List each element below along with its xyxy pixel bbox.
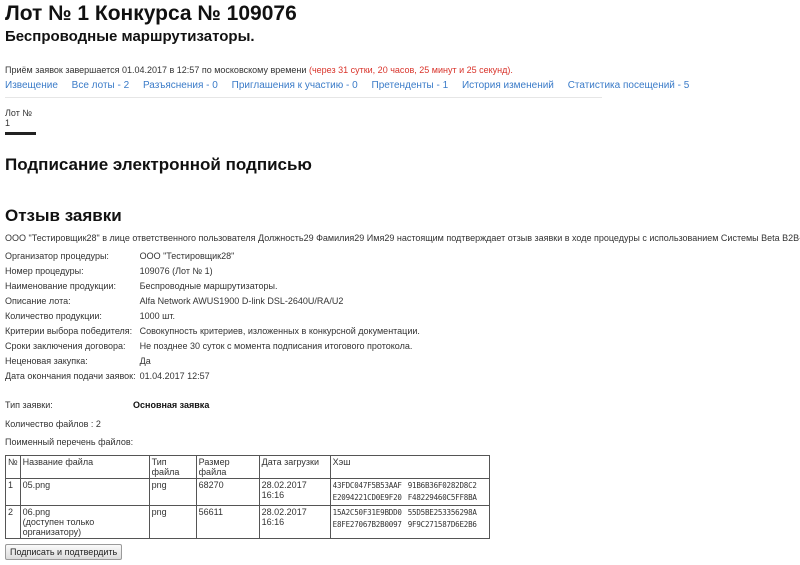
- info-value: Alfa Network AWUS1900 D-link DSL-2640U/R…: [138, 295, 422, 310]
- tab-visit-statistics[interactable]: Статистика посещений - 5: [568, 80, 690, 91]
- hash-part: 55D5BE253356298A: [408, 507, 477, 519]
- deadline-text: Приём заявок завершается 01.04.2017 в 12…: [5, 65, 306, 75]
- col-file-size: Размер файла: [196, 456, 259, 479]
- deadline-notice: Приём заявок завершается 01.04.2017 в 12…: [5, 65, 513, 75]
- tab-clarifications[interactable]: Разъяснения - 0: [143, 80, 218, 91]
- file-size: 56611: [196, 506, 259, 539]
- info-row: Сроки заключения договора:Не позднее 30 …: [3, 340, 422, 355]
- files-list-label: Поименный перечень файлов:: [5, 437, 133, 447]
- file-row: 206.png(доступен только организатору)png…: [6, 506, 490, 539]
- col-file-name: Название файла: [20, 456, 149, 479]
- info-label: Неценовая закупка:: [3, 355, 138, 370]
- info-row: Количество продукции:1000 шт.: [3, 310, 422, 325]
- info-value: 109076 (Лот № 1): [138, 265, 422, 280]
- file-upload-date: 28.02.2017 16:16: [259, 506, 330, 539]
- request-type-label: Тип заявки:: [5, 400, 53, 410]
- tab-all-lots[interactable]: Все лоты - 2: [72, 80, 130, 91]
- info-label: Дата окончания подачи заявок:: [3, 370, 138, 385]
- files-count: Количество файлов : 2: [5, 419, 101, 429]
- col-file-type: Тип файла: [149, 456, 196, 479]
- file-name-cell: 05.png: [20, 479, 149, 506]
- file-number: 2: [6, 506, 21, 539]
- files-table-header: № Название файла Тип файла Размер файла …: [6, 456, 490, 479]
- info-row: Наименование продукции:Беспроводные марш…: [3, 280, 422, 295]
- request-type: Тип заявки: Основная заявка: [5, 400, 53, 410]
- procedure-tabs: Извещение Все лоты - 2 Разъяснения - 0 П…: [5, 80, 602, 98]
- withdraw-statement: ООО "Тестировщик28" в лице ответственног…: [5, 233, 800, 243]
- info-row: Организатор процедуры:ООО "Тестировщик28…: [3, 250, 422, 265]
- info-value: Не позднее 30 суток с момента подписания…: [138, 340, 422, 355]
- file-number: 1: [6, 479, 21, 506]
- withdraw-section-title: Отзыв заявки: [5, 206, 122, 226]
- hash-part: E2094221CD0E9F20: [333, 492, 402, 504]
- file-hash: 15A2C50F31E9BDD055D5BE253356298AE8FE2706…: [330, 506, 489, 539]
- info-label: Номер процедуры:: [3, 265, 138, 280]
- info-value: Совокупность критериев, изложенных в кон…: [138, 325, 422, 340]
- file-name: 05.png: [23, 480, 147, 490]
- file-type: png: [149, 479, 196, 506]
- tab-notice[interactable]: Извещение: [5, 80, 58, 91]
- procedure-info-table: Организатор процедуры:ООО "Тестировщик28…: [3, 250, 422, 385]
- hash-part: 91B6B36F0282D8C2: [408, 480, 477, 492]
- col-upload-date: Дата загрузки: [259, 456, 330, 479]
- info-label: Описание лота:: [3, 295, 138, 310]
- info-row: Критерии выбора победителя:Совокупность …: [3, 325, 422, 340]
- file-upload-date: 28.02.2017 16:16: [259, 479, 330, 506]
- info-label: Критерии выбора победителя:: [3, 325, 138, 340]
- col-number: №: [6, 456, 21, 479]
- tab-applicants[interactable]: Претенденты - 1: [372, 80, 449, 91]
- file-size: 68270: [196, 479, 259, 506]
- file-note: (доступен только организатору): [23, 517, 147, 537]
- tab-invitations[interactable]: Приглашения к участию - 0: [232, 80, 358, 91]
- info-label: Сроки заключения договора:: [3, 340, 138, 355]
- file-type: png: [149, 506, 196, 539]
- hash-part: E8FE27067B2B0097: [333, 519, 402, 531]
- info-value: Беспроводные маршрутизаторы.: [138, 280, 422, 295]
- info-value: ООО "Тестировщик28": [138, 250, 422, 265]
- deadline-countdown: (через 31 сутки, 20 часов, 25 минут и 25…: [309, 65, 513, 75]
- file-name: 06.png: [23, 507, 147, 517]
- info-label: Количество продукции:: [3, 310, 138, 325]
- info-value: Да: [138, 355, 422, 370]
- subtab-lot-1[interactable]: Лот № 1: [5, 108, 36, 135]
- file-row: 105.pngpng6827028.02.2017 16:1643FDC047F…: [6, 479, 490, 506]
- page-title: Лот № 1 Конкурса № 109076: [5, 2, 297, 26]
- hash-part: F48229460C5FF8BA: [408, 492, 477, 504]
- files-table: № Название файла Тип файла Размер файла …: [5, 455, 490, 539]
- info-row: Описание лота:Alfa Network AWUS1900 D-li…: [3, 295, 422, 310]
- hash-part: 15A2C50F31E9BDD0: [333, 507, 402, 519]
- info-label: Организатор процедуры:: [3, 250, 138, 265]
- info-row: Дата окончания подачи заявок:01.04.2017 …: [3, 370, 422, 385]
- info-value: 1000 шт.: [138, 310, 422, 325]
- file-hash: 43FDC047F5B53AAF91B6B36F0282D8C2E2094221…: [330, 479, 489, 506]
- col-hash: Хэш: [330, 456, 489, 479]
- hash-part: 43FDC047F5B53AAF: [333, 480, 402, 492]
- lot-subtitle: Беспроводные маршрутизаторы.: [5, 28, 255, 45]
- info-value: 01.04.2017 12:57: [138, 370, 422, 385]
- info-label: Наименование продукции:: [3, 280, 138, 295]
- request-type-value: Основная заявка: [133, 400, 209, 410]
- info-row: Неценовая закупка:Да: [3, 355, 422, 370]
- info-row: Номер процедуры:109076 (Лот № 1): [3, 265, 422, 280]
- sign-section-title: Подписание электронной подписью: [5, 155, 312, 175]
- sign-and-confirm-button[interactable]: Подписать и подтвердить: [5, 544, 122, 560]
- tab-change-history[interactable]: История изменений: [462, 80, 554, 91]
- hash-part: 9F9C271587D6E2B6: [408, 519, 477, 531]
- file-name-cell: 06.png(доступен только организатору): [20, 506, 149, 539]
